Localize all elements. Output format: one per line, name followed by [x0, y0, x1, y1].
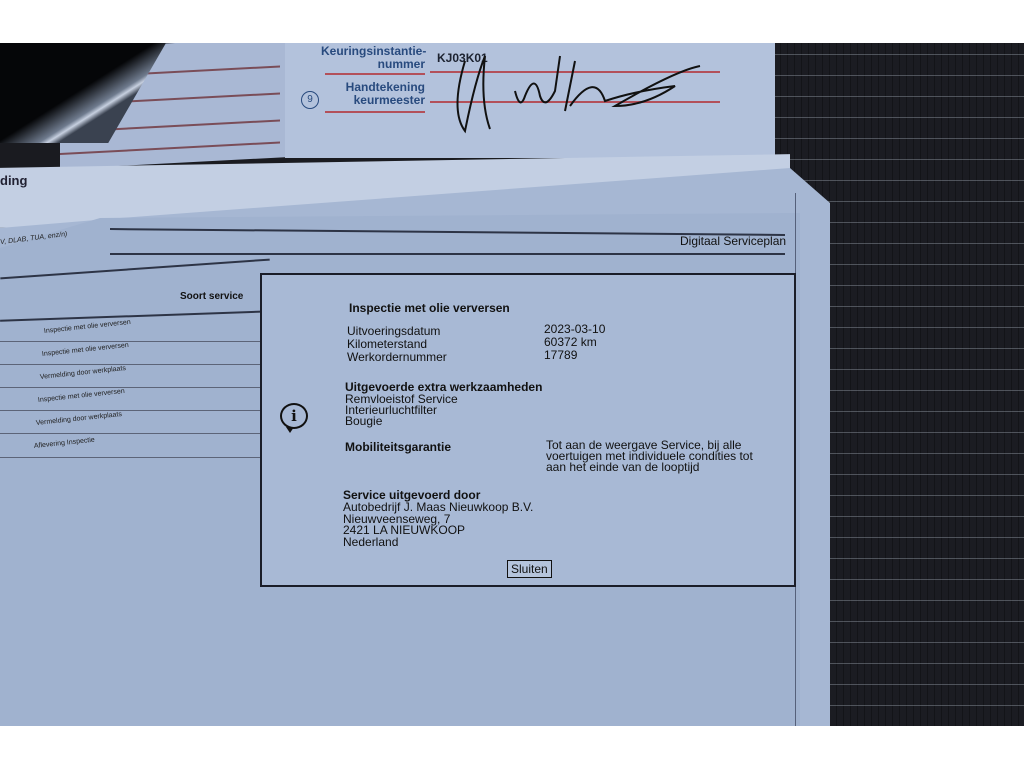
- field-value: 2023-03-10: [544, 323, 605, 335]
- extra-item: Bougie: [345, 415, 382, 427]
- field-label: Werkordernummer: [347, 351, 447, 363]
- mobility-heading: Mobiliteitsgarantie: [345, 441, 451, 453]
- inspection-form: Keuringsinstantie- nummer KJ03K01 9 Hand…: [285, 43, 775, 158]
- serviceplan-title: Digitaal Serviceplan: [680, 234, 786, 248]
- signature-label: Handtekening keurmeester: [321, 81, 425, 107]
- field-value: 17789: [544, 349, 577, 361]
- field-label: Kilometerstand: [347, 338, 427, 350]
- dealer-line: Nederland: [343, 536, 398, 548]
- step-number: 9: [301, 91, 319, 109]
- photo: Keuringsinstantie- nummer KJ03K01 9 Hand…: [0, 43, 1024, 726]
- heading-fragment: ding: [0, 173, 27, 188]
- signature: [445, 51, 705, 141]
- service-detail-dialog: Inspectie met olie verversen Uitvoerings…: [260, 273, 796, 587]
- dialog-title: Inspectie met olie verversen: [349, 302, 510, 314]
- field-value: 60372 km: [544, 336, 597, 348]
- info-icon: i: [280, 403, 308, 429]
- close-button[interactable]: Sluiten: [507, 560, 552, 578]
- column-header: Soort service: [180, 291, 243, 302]
- field-label: Uitvoeringsdatum: [347, 325, 440, 337]
- mobility-text: aan het einde van de looptijd: [546, 461, 699, 473]
- station-label: Keuringsinstantie- nummer: [321, 45, 425, 71]
